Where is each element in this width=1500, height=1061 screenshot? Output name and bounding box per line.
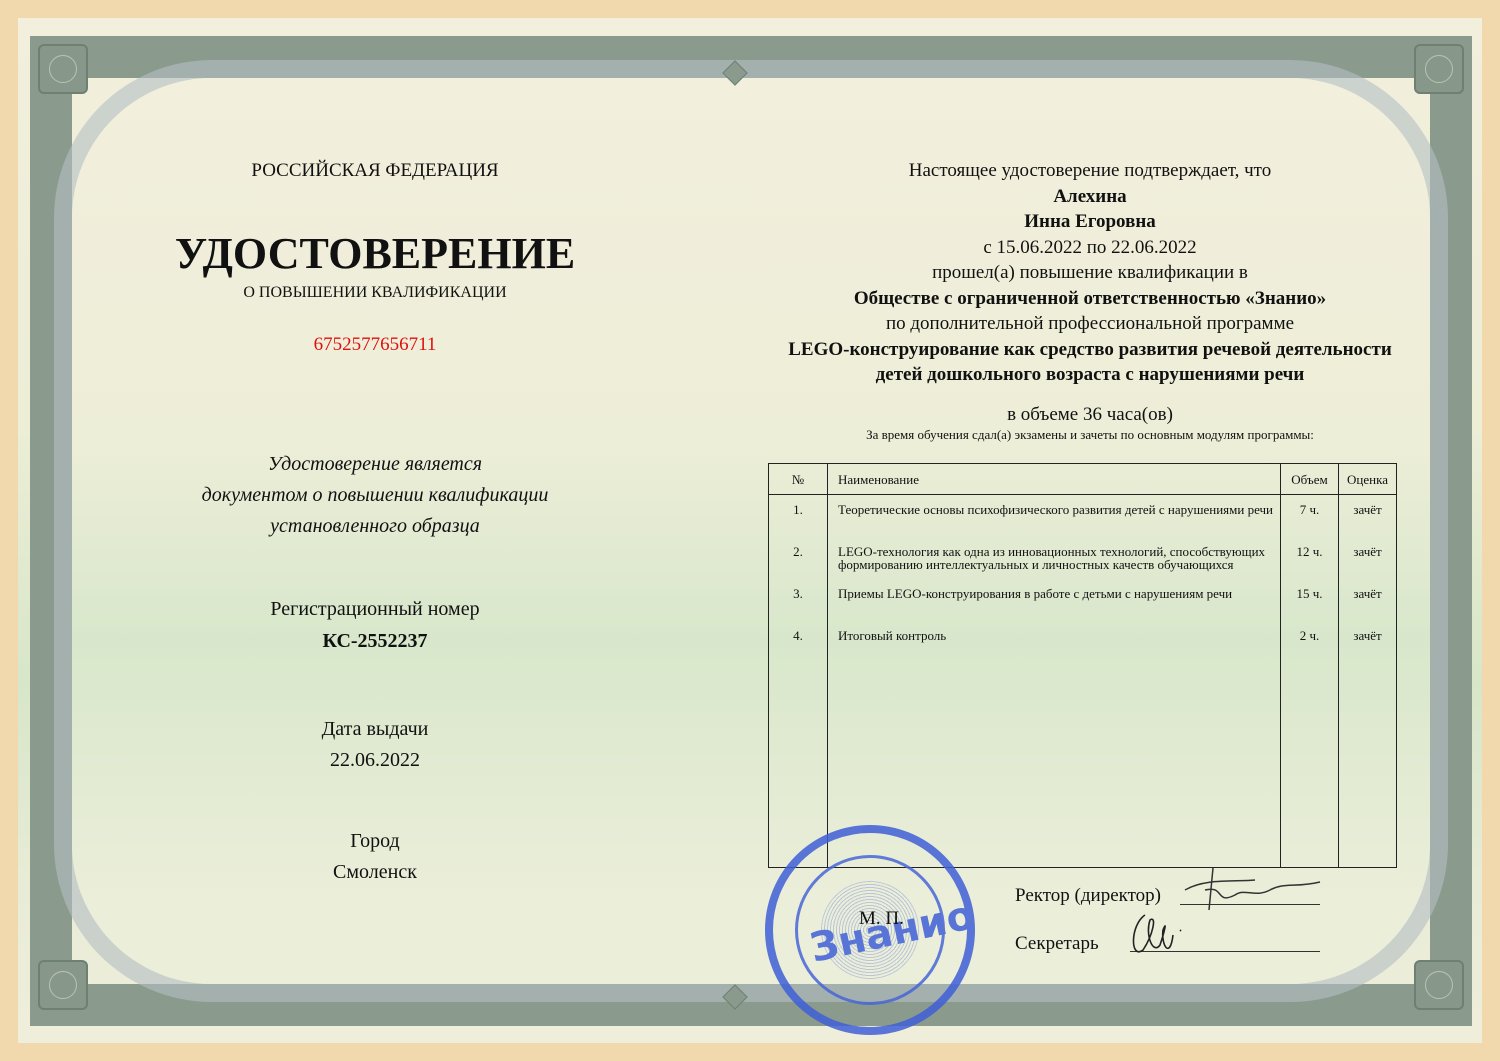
recipient-name: Инна Егоровна	[740, 209, 1440, 235]
cell-name: Теоретические основы психофизического ра…	[828, 495, 1281, 546]
cell-name: Итоговый контроль	[828, 629, 1281, 642]
statement-line-1: Удостоверение является	[268, 453, 482, 476]
right-page: Настоящее удостоверение подтверждает, чт…	[740, 158, 1440, 442]
program-title-line-2: детей дошкольного возраста с нарушениями…	[740, 362, 1440, 388]
passed-text: прошел(а) повышение квалификации в	[740, 260, 1440, 286]
header-name: Наименование	[828, 464, 1281, 495]
program-title-line-1: LEGO-конструирование как средство развит…	[740, 337, 1440, 363]
cell-volume: 12 ч.	[1281, 545, 1339, 587]
cell-grade: зачёт	[1339, 587, 1397, 629]
statement-line-3: установленного образца	[270, 515, 480, 538]
cell-grade: зачёт	[1339, 629, 1397, 642]
modules-caption: За время обучения сдал(а) экзамены и зач…	[740, 427, 1440, 442]
header-grade: Оценка	[1339, 464, 1397, 495]
secretary-label: Секретарь	[1015, 933, 1099, 955]
country-label: РОССИЙСКАЯ ФЕДЕРАЦИЯ	[251, 160, 498, 182]
document-subtitle: О ПОВЫШЕНИИ КВАЛИФИКАЦИИ	[243, 284, 506, 302]
cell-grade: зачёт	[1339, 545, 1397, 587]
document-title: УДОСТОВЕРЕНИЕ	[175, 228, 575, 279]
intro-text: Настоящее удостоверение подтверждает, чт…	[740, 158, 1440, 184]
table-row: 4.Итоговый контроль2 ч.зачёт	[769, 629, 1397, 642]
table-row: 3.Приемы LEGO-конструирования в работе с…	[769, 587, 1397, 629]
recipient-surname: Алехина	[740, 184, 1440, 210]
organization-stamp: Знанио	[765, 825, 975, 1035]
stamp-place-label: М. П.	[859, 908, 904, 930]
cell-grade: зачёт	[1339, 495, 1397, 546]
cell-num: 2.	[769, 545, 828, 587]
header-volume: Объем	[1281, 464, 1339, 495]
program-volume: в объеме 36 часа(ов)	[740, 402, 1440, 428]
cell-num: 3.	[769, 587, 828, 629]
cell-num: 4.	[769, 629, 828, 642]
city-value: Смоленск	[333, 861, 417, 884]
issue-date: 22.06.2022	[330, 749, 420, 772]
cell-name: Приемы LEGO-конструирования в работе с д…	[828, 587, 1281, 629]
city-label: Город	[350, 830, 399, 853]
registration-number: КС-2552237	[322, 630, 427, 653]
cell-volume: 7 ч.	[1281, 495, 1339, 546]
serial-number: 6752577656711	[314, 334, 437, 356]
cell-volume: 2 ч.	[1281, 629, 1339, 642]
registration-label: Регистрационный номер	[270, 598, 479, 621]
table-row: 1.Теоретические основы психофизического …	[769, 495, 1397, 546]
header-number: №	[769, 464, 828, 495]
study-period: с 15.06.2022 по 22.06.2022	[740, 235, 1440, 261]
cell-volume: 15 ч.	[1281, 587, 1339, 629]
cell-num: 1.	[769, 495, 828, 546]
table-header-row: № Наименование Объем Оценка	[769, 464, 1397, 495]
cell-name: LEGO-технология как одна из инновационны…	[828, 545, 1281, 587]
rector-label: Ректор (директор)	[1015, 885, 1161, 907]
statement-line-2: документом о повышении квалификации	[202, 484, 549, 507]
rector-signature-icon	[1175, 860, 1325, 920]
issue-date-label: Дата выдачи	[322, 718, 429, 741]
table-row: 2.LEGO-технология как одна из инновацион…	[769, 545, 1397, 587]
modules-table: № Наименование Объем Оценка 1.Теоретичес…	[768, 463, 1397, 868]
organization-name: Обществе с ограниченной ответственностью…	[740, 286, 1440, 312]
secretary-signature-icon	[1125, 905, 1195, 965]
program-intro: по дополнительной профессиональной прогр…	[740, 311, 1440, 337]
